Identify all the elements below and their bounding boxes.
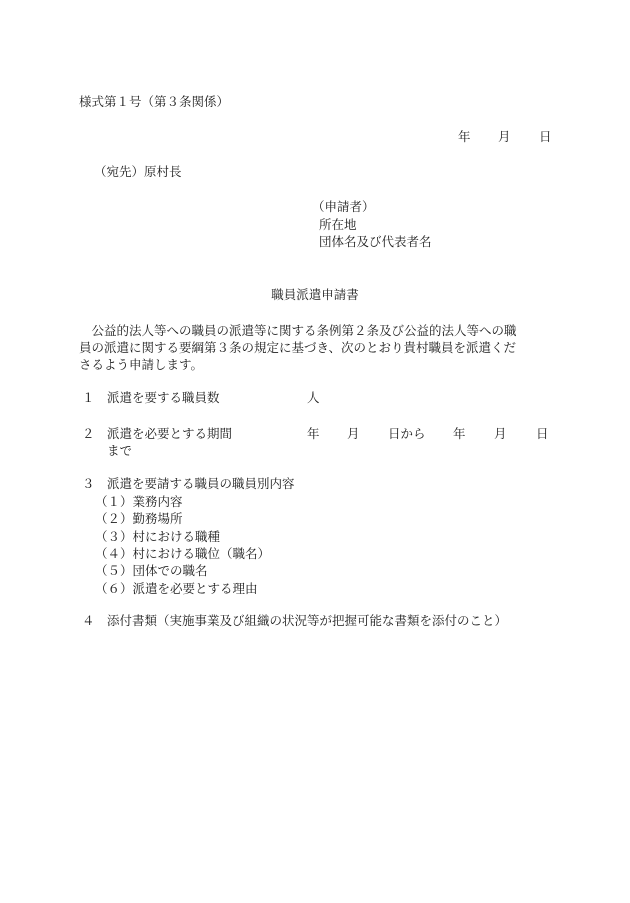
body-line: 員の派遣に関する要綱第３条の規定に基づき、次のとおり貴村職員を派遣くだ: [79, 339, 559, 356]
applicant-label: （申請者）: [312, 201, 375, 214]
applicant-address-label: 所在地: [319, 219, 357, 232]
period-from-year: 年: [307, 428, 320, 441]
applicant-name-label: 団体名及び代表者名: [319, 236, 432, 249]
item-staff-count-label: 派遣を要する職員数: [107, 392, 220, 405]
period-from-day: 日から: [388, 428, 426, 441]
subitem: （３）村における職種: [95, 531, 220, 544]
subitem: （１）業務内容: [95, 496, 183, 509]
item-staff-details-label: 派遣を要請する職員の職員別内容: [107, 478, 295, 491]
item-period-label: 派遣を必要とする期間: [107, 428, 232, 441]
period-to-month: 月: [494, 428, 507, 441]
period-to-year: 年: [453, 428, 466, 441]
form-number: 様式第１号（第３条関係）: [79, 96, 229, 109]
date-month-label: 月: [498, 131, 511, 144]
period-continuation: まで: [107, 445, 132, 458]
body-line: さるよう申請します。: [79, 356, 559, 373]
date-day-label: 日: [539, 131, 552, 144]
item-number: ４: [82, 615, 95, 628]
period-from-month: 月: [347, 428, 360, 441]
item-number: ３: [82, 478, 95, 491]
item-number: ２: [82, 428, 95, 441]
period-to-day: 日: [536, 428, 549, 441]
addressee: （宛先）原村長: [94, 166, 182, 179]
body-paragraph: 公益的法人等への職員の派遣等に関する条例第２条及び公益的法人等への職 員の派遣に…: [79, 322, 559, 373]
item-number: １: [82, 392, 95, 405]
document-title: 職員派遣申請書: [0, 289, 630, 302]
date-year-label: 年: [458, 131, 471, 144]
subitem: （６）派遣を必要とする理由: [95, 583, 258, 596]
subitem: （５）団体での職名: [95, 565, 208, 578]
subitem: （４）村における職位（職名）: [95, 548, 270, 561]
item-attachments-label: 添付書類（実施事業及び組織の状況等が把握可能な書類を添付のこと）: [107, 615, 507, 628]
body-line: 公益的法人等への職員の派遣等に関する条例第２条及び公益的法人等への職: [79, 322, 559, 339]
subitem: （２）勤務場所: [95, 513, 183, 526]
staff-count-unit: 人: [307, 392, 320, 405]
